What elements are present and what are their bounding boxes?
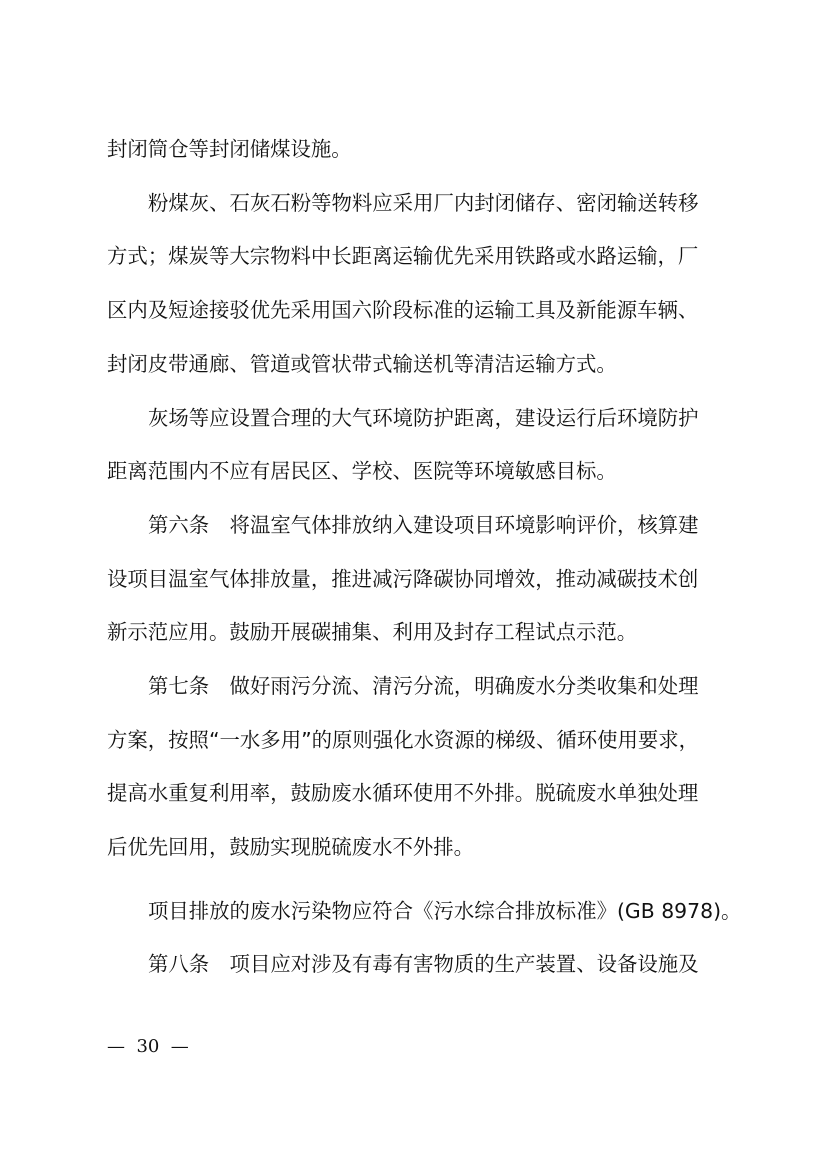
paragraph-line: 方式；煤炭等大宗物料中长距离运输优先采用铁路或水路运输，厂 [107, 244, 727, 268]
document-page: 封闭筒仓等封闭储煤设施。 粉煤灰、石灰石粉等物料应采用厂内封闭储存、密闭输送转移… [0, 0, 826, 1169]
page-number: — 30 — [107, 1036, 189, 1057]
paragraph-line: 方案，按照“一水多用”的原则强化水资源的梯级、循环使用要求， [107, 728, 727, 752]
paragraph-line: 区内及短途接驳优先采用国六阶段标准的运输工具及新能源车辆、 [107, 298, 727, 322]
paragraph-line: 后优先回用，鼓励实现脱硫废水不外排。 [107, 835, 727, 859]
article-heading-line: 第八条 项目应对涉及有毒有害物质的生产装置、设备设施及 [148, 952, 768, 976]
article-heading-line: 第六条 将温室气体排放纳入建设项目环境影响评价，核算建 [148, 513, 768, 537]
paragraph-line: 封闭筒仓等封闭储煤设施。 [107, 137, 727, 161]
paragraph-line: 提高水重复利用率，鼓励废水循环使用不外排。脱硫废水单独处理 [107, 781, 727, 805]
paragraph-line: 项目排放的废水污染物应符合《污水综合排放标准》(GB 8978)。 [148, 899, 768, 923]
paragraph-line: 封闭皮带通廊、管道或管状带式输送机等清洁运输方式。 [107, 352, 727, 376]
paragraph-line: 粉煤灰、石灰石粉等物料应采用厂内封闭储存、密闭输送转移 [148, 191, 768, 215]
paragraph-line: 新示范应用。鼓励开展碳捕集、利用及封存工程试点示范。 [107, 620, 727, 644]
paragraph-line: 设项目温室气体排放量，推进减污降碳协同增效，推动减碳技术创 [107, 567, 727, 591]
paragraph-line: 距离范围内不应有居民区、学校、医院等环境敏感目标。 [107, 459, 727, 483]
article-heading-line: 第七条 做好雨污分流、清污分流，明确废水分类收集和处理 [148, 674, 768, 698]
paragraph-line: 灰场等应设置合理的大气环境防护距离，建设运行后环境防护 [148, 406, 768, 430]
